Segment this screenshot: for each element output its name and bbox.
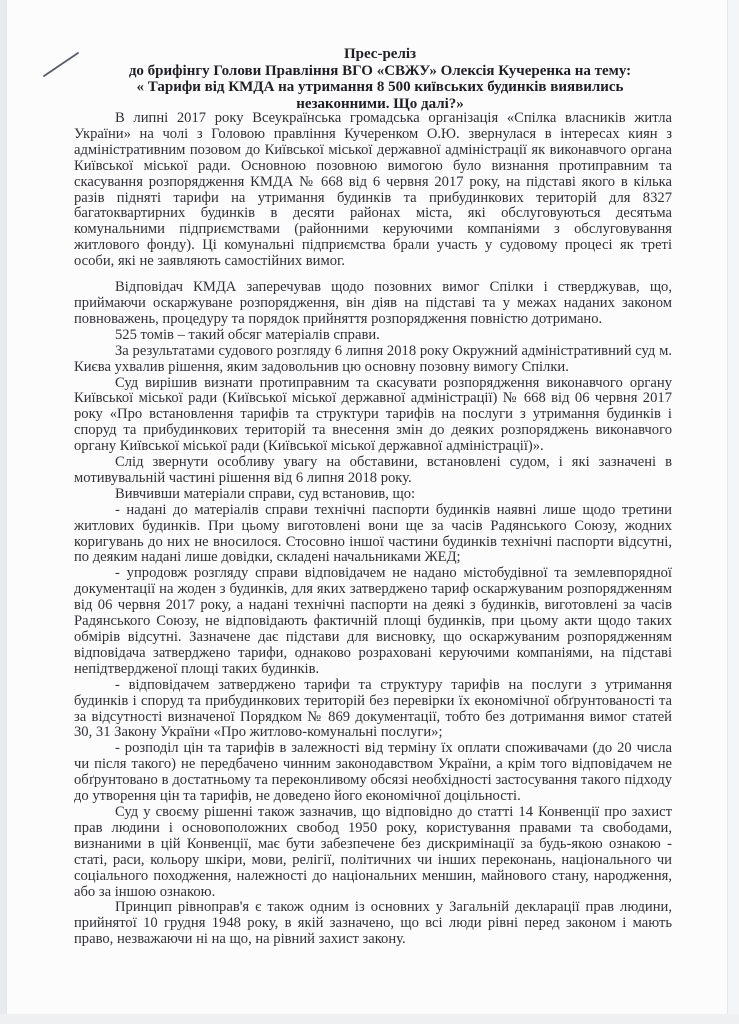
- paragraph-court-result: За результатами судового розгляду 6 липн…: [74, 344, 672, 376]
- finding-payment-term-split: - розподіл цін та тарифів в залежності в…: [74, 741, 672, 805]
- document-body: В липні 2017 року Всеукраїнська громадсь…: [74, 111, 672, 948]
- paragraph-attention: Слід звернути особливу увагу на обставин…: [74, 455, 672, 487]
- scan-edge-bottom: [0, 1014, 739, 1024]
- document-topic-line-1: « Тарифи від КМДА на утримання 8 500 киї…: [80, 79, 680, 96]
- paragraph-findings-intro: Вивчивши матеріали справи, суд встановив…: [74, 487, 672, 503]
- paragraph-court-decision: Суд вирішив визнати протиправним та скас…: [74, 376, 672, 456]
- paragraph-defendant-position: Відповідач КМДА заперечував щодо позовни…: [74, 280, 672, 328]
- finding-no-documentation: - упродовж розгляду справи відповідачем …: [74, 566, 672, 677]
- paragraph-intro: В липні 2017 року Всеукраїнська громадсь…: [74, 111, 672, 270]
- document-header: Прес-реліз до брифінгу Голови Правління …: [80, 46, 680, 112]
- pen-stroke-icon: [42, 50, 82, 80]
- finding-technical-passports: - надані до матеріалів справи технічні п…: [74, 503, 672, 567]
- document-title: Прес-реліз: [80, 46, 680, 63]
- paragraph-case-volume: 525 томів – такий обсяг матеріалів справ…: [74, 328, 672, 344]
- finding-no-economic-check: - відповідачем затверджено тарифи та стр…: [74, 678, 672, 742]
- document-subtitle: до брифінгу Голови Правління ВГО «СВЖУ» …: [80, 63, 680, 80]
- paragraph-equality-principle: Принцип рівноправ'я є також одним із осн…: [74, 900, 672, 948]
- paragraph-convention: Суд у своєму рішенні також зазначив, що …: [74, 805, 672, 900]
